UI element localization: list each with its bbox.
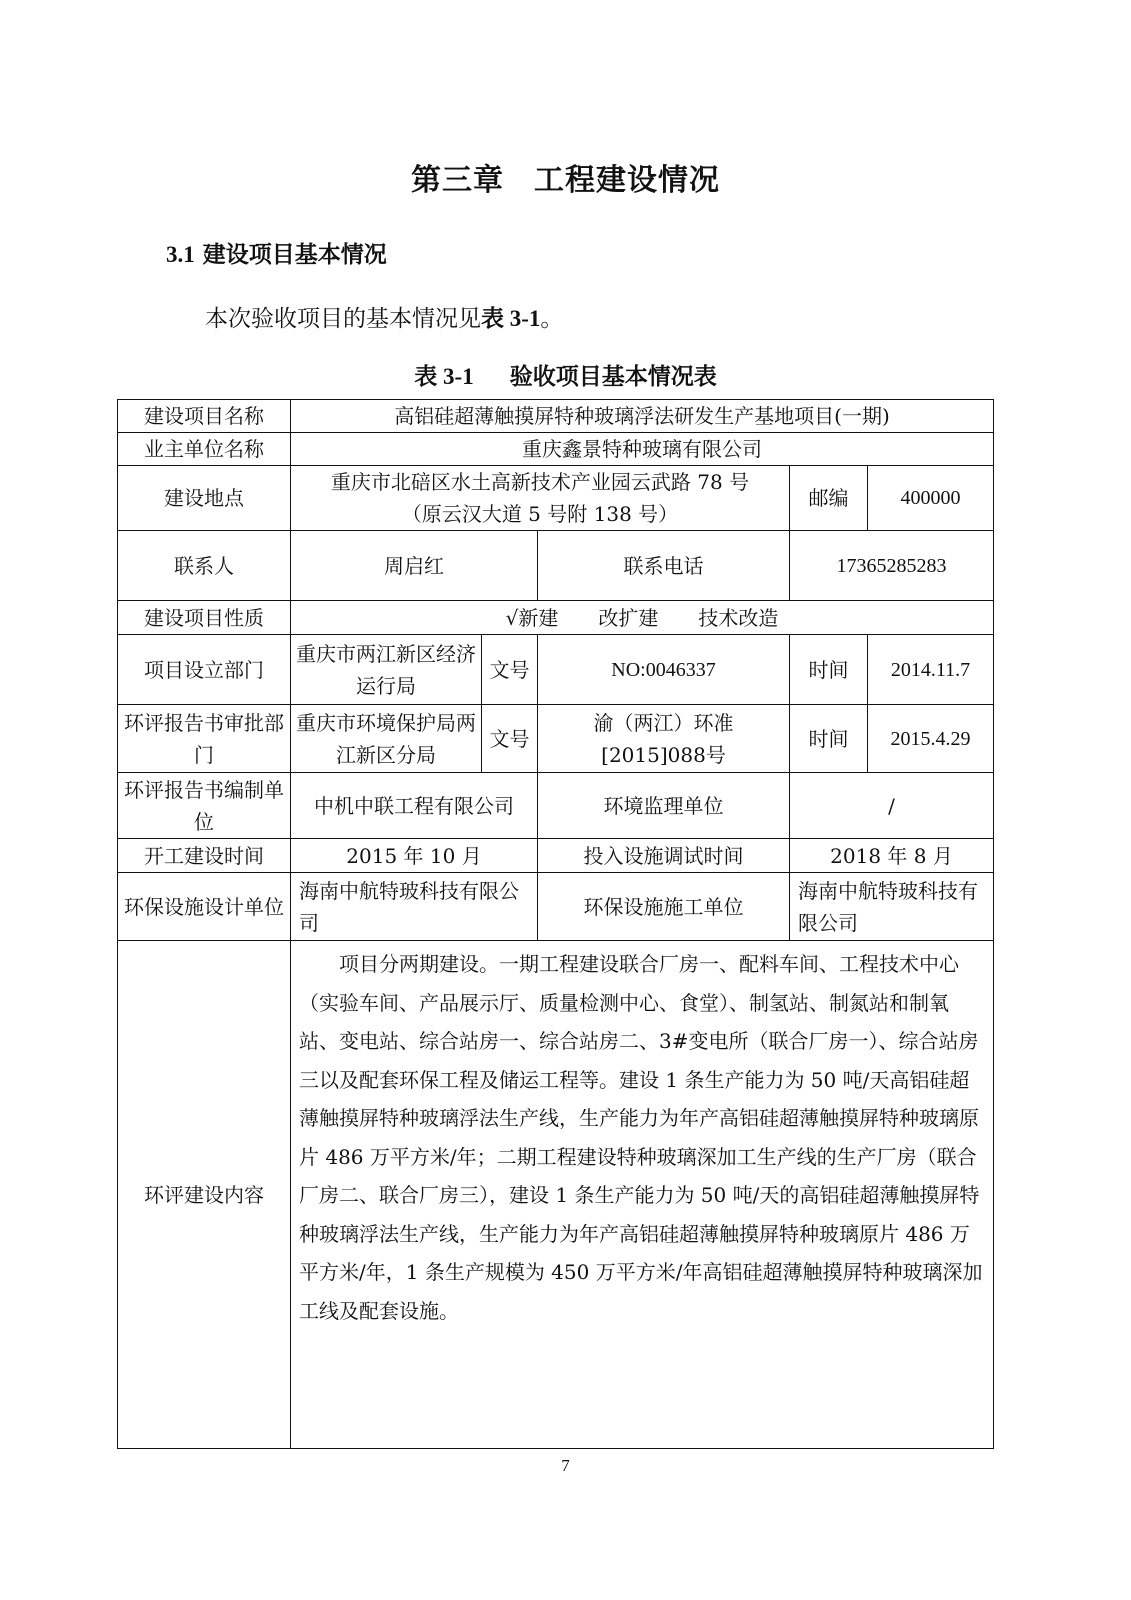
start-date-label: 开工建设时间 bbox=[118, 839, 291, 873]
eia-doc-label: 文号 bbox=[482, 705, 538, 773]
commission-date-label: 投入设施调试时间 bbox=[538, 839, 790, 873]
eia-approval-label: 环评报告书审批部门 bbox=[118, 705, 291, 773]
table-caption: 表 3-1验收项目基本情况表 bbox=[0, 358, 1131, 391]
setup-time-label: 时间 bbox=[790, 635, 868, 705]
section-name: 建设项目基本情况 bbox=[203, 241, 387, 268]
eia-author-label: 环评报告书编制单位 bbox=[118, 773, 291, 839]
location-label: 建设地点 bbox=[118, 466, 291, 531]
eia-time-value: 2015.4.29 bbox=[868, 705, 994, 773]
section-number: 3.1 bbox=[166, 242, 195, 267]
setup-doc-label: 文号 bbox=[482, 635, 538, 705]
table-row: 环评建设内容 项目分两期建设。一期工程建设联合厂房一、配料车间、工程技术中心（实… bbox=[118, 941, 994, 1449]
table-row: 环评报告书审批部门 重庆市环境保护局两江新区分局 文号 渝（两江）环准[2015… bbox=[118, 705, 994, 773]
table-row: 开工建设时间 2015 年 10 月 投入设施调试时间 2018 年 8 月 bbox=[118, 839, 994, 873]
supervisor-value: / bbox=[790, 773, 994, 839]
env-design-value: 海南中航特玻科技有限公司 bbox=[291, 873, 538, 941]
table-row: 项目设立部门 重庆市两江新区经济运行局 文号 NO:0046337 时间 201… bbox=[118, 635, 994, 705]
setup-doc-number: NO:0046337 bbox=[538, 635, 790, 705]
env-construction-value: 海南中航特玻科技有限公司 bbox=[790, 873, 994, 941]
table-row: 建设项目性质 √新建 改扩建 技术改造 bbox=[118, 601, 994, 635]
start-date-value: 2015 年 10 月 bbox=[291, 839, 538, 873]
project-info-table: 建设项目名称 高铝硅超薄触摸屏特种玻璃浮法研发生产基地项目(一期) 业主单位名称… bbox=[117, 399, 994, 1449]
chapter-label: 第三章 bbox=[411, 163, 504, 198]
eia-content-value: 项目分两期建设。一期工程建设联合厂房一、配料车间、工程技术中心（实验车间、产品展… bbox=[291, 941, 994, 1449]
table-row: 环评报告书编制单位 中机中联工程有限公司 环境监理单位 / bbox=[118, 773, 994, 839]
page-number: 7 bbox=[0, 1456, 1131, 1476]
eia-approval-dept: 重庆市环境保护局两江新区分局 bbox=[291, 705, 482, 773]
owner-label: 业主单位名称 bbox=[118, 433, 291, 466]
chapter-name: 工程建设情况 bbox=[534, 163, 720, 198]
table-reference: 表 3-1 bbox=[481, 306, 540, 331]
env-design-label: 环保设施设计单位 bbox=[118, 873, 291, 941]
setup-dept-label: 项目设立部门 bbox=[118, 635, 291, 705]
postcode-label: 邮编 bbox=[790, 466, 868, 531]
eia-content-label: 环评建设内容 bbox=[118, 941, 291, 1449]
eia-doc-number: 渝（两江）环准[2015]088号 bbox=[538, 705, 790, 773]
supervisor-label: 环境监理单位 bbox=[538, 773, 790, 839]
phone-value: 17365285283 bbox=[790, 531, 994, 601]
project-name-value: 高铝硅超薄触摸屏特种玻璃浮法研发生产基地项目(一期) bbox=[291, 400, 994, 433]
contact-label: 联系人 bbox=[118, 531, 291, 601]
phone-label: 联系电话 bbox=[538, 531, 790, 601]
nature-label: 建设项目性质 bbox=[118, 601, 291, 635]
intro-paragraph: 本次验收项目的基本情况见表 3-1。 bbox=[205, 300, 563, 333]
chapter-title: 第三章工程建设情况 bbox=[0, 155, 1131, 199]
table-row: 环保设施设计单位 海南中航特玻科技有限公司 环保设施施工单位 海南中航特玻科技有… bbox=[118, 873, 994, 941]
table-row: 业主单位名称 重庆鑫景特种玻璃有限公司 bbox=[118, 433, 994, 466]
table-row: 联系人 周启红 联系电话 17365285283 bbox=[118, 531, 994, 601]
project-name-label: 建设项目名称 bbox=[118, 400, 291, 433]
nature-value: √新建 改扩建 技术改造 bbox=[291, 601, 994, 635]
table-row: 建设项目名称 高铝硅超薄触摸屏特种玻璃浮法研发生产基地项目(一期) bbox=[118, 400, 994, 433]
eia-author-value: 中机中联工程有限公司 bbox=[291, 773, 538, 839]
setup-time-value: 2014.11.7 bbox=[868, 635, 994, 705]
section-title: 3.1建设项目基本情况 bbox=[166, 236, 387, 269]
setup-dept-value: 重庆市两江新区经济运行局 bbox=[291, 635, 482, 705]
owner-value: 重庆鑫景特种玻璃有限公司 bbox=[291, 433, 994, 466]
contact-name: 周启红 bbox=[291, 531, 538, 601]
eia-time-label: 时间 bbox=[790, 705, 868, 773]
env-construction-label: 环保设施施工单位 bbox=[538, 873, 790, 941]
location-value: 重庆市北碚区水土高新技术产业园云武路 78 号 （原云汉大道 5 号附 138 … bbox=[291, 466, 790, 531]
postcode-value: 400000 bbox=[868, 466, 994, 531]
commission-date-value: 2018 年 8 月 bbox=[790, 839, 994, 873]
table-row: 建设地点 重庆市北碚区水土高新技术产业园云武路 78 号 （原云汉大道 5 号附… bbox=[118, 466, 994, 531]
